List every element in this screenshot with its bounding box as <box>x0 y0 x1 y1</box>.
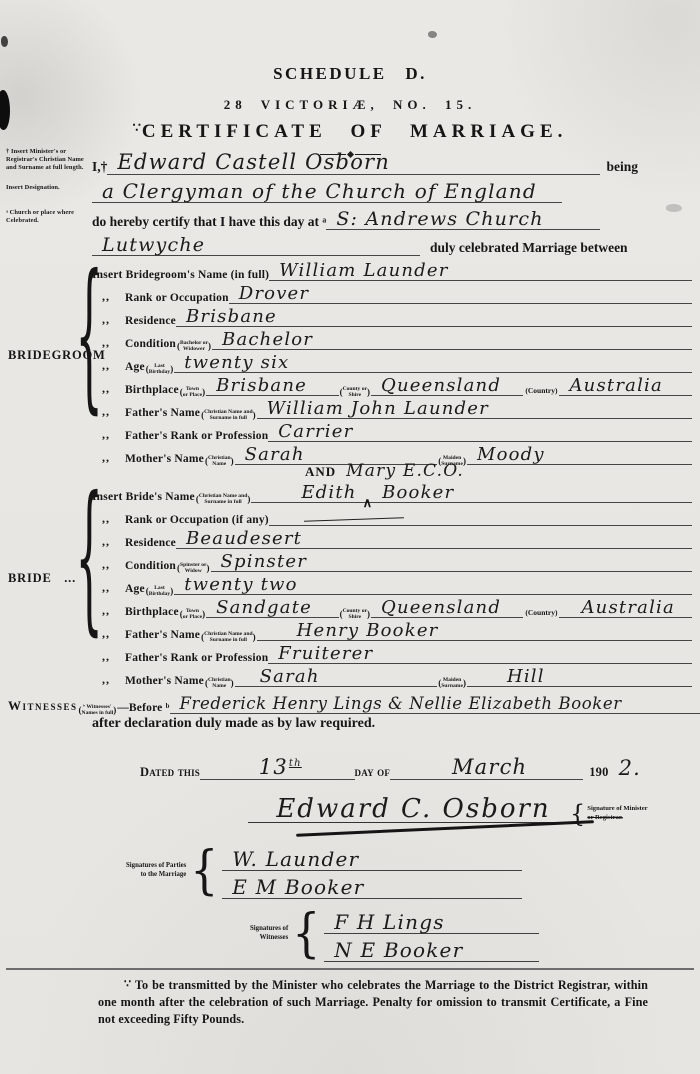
field-underline: Australia <box>559 600 692 618</box>
paren-bottom: Surname in full <box>204 637 252 643</box>
bridegroom-birthplace-row: ,, Birthplace Townor Place Brisbane Coun… <box>92 373 692 396</box>
paren-bottom: Widower <box>180 346 208 352</box>
bride-name-parenthetical: Christian Name andSurname in full <box>196 493 250 505</box>
condition-parenthetical: Bachelor orWidower <box>177 340 211 352</box>
field-label: Residence <box>125 537 176 549</box>
groom-signature-handwritten: W. Launder <box>222 851 363 870</box>
bridegroom-country-value: Australia <box>559 378 666 395</box>
field-label: Residence <box>125 315 176 327</box>
bridegroom-residence-row: ,, Residence Brisbane <box>92 304 692 327</box>
bride-inserted-name: Mary E.C.O. <box>336 464 468 480</box>
witnesses-line: Witnesses ᵇ Witnesses'Names in full —Bef… <box>8 688 700 714</box>
minister-name-underline: Edward Castell Osborn <box>107 154 600 175</box>
bridegroom-occupation-row: ,, Rank or Occupation Drover <box>92 281 692 304</box>
bridegroom-age-row: ,, Age LastBirthday twenty six <box>92 350 692 373</box>
i-label: I,† <box>92 159 107 175</box>
field-label: Mother's Name <box>125 453 204 465</box>
paren-bottom: Birthday <box>149 591 170 597</box>
day-handwritten: 13th <box>249 759 306 779</box>
bride-signature-line: E M Booker <box>222 871 522 899</box>
ditto-mark: ,, <box>92 534 125 549</box>
schedule-heading: SCHEDULE D. <box>0 64 700 84</box>
field-underline: Bachelor <box>212 332 692 350</box>
field-label: Mother's Name <box>125 675 204 687</box>
ditto-mark: ,, <box>92 649 125 664</box>
bridegroom-father-row: ,, Father's Name Christian Name andSurna… <box>92 396 692 419</box>
bride-name-first-value: Edith <box>251 485 360 502</box>
party-signatures-label: Signatures of Parties to the Marriage <box>126 862 186 880</box>
field-underline: Queensland <box>371 600 523 618</box>
bridegroom-maiden-value: Moody <box>467 447 549 464</box>
dated-line: Dated this 13th day of March 190 2. <box>140 750 645 780</box>
field-underline: Hill <box>467 669 692 687</box>
label-line-1: Signatures of <box>250 925 288 934</box>
celebrated-label: duly celebrated Marriage between <box>430 240 628 256</box>
bride-name-row: Insert Bride's Name Christian Name andSu… <box>92 480 692 503</box>
field-underline: Queensland <box>371 378 523 396</box>
scan-artifact <box>666 204 682 212</box>
ditto-mark: ,, <box>92 603 125 618</box>
field-underline: Spinster <box>211 554 693 572</box>
bride-section-label: BRIDE ... <box>8 571 76 586</box>
place-handwritten: Lutwyche <box>92 237 209 255</box>
witness1-signature-handwritten: F H Lings <box>324 914 448 933</box>
field-underline: Fruiterer <box>268 646 692 664</box>
field-underline: Henry Booker <box>257 623 692 641</box>
paren-bottom: Birthday <box>149 369 170 375</box>
caption-line-2-struck: or Registrar. <box>587 814 647 823</box>
witness2-signature-handwritten: N E Booker <box>324 942 467 961</box>
bridegroom-fields: Insert Bridegroom's Name (in full) Willi… <box>92 258 692 465</box>
month-underline: March <box>390 759 583 780</box>
mother-parenthetical: ChristianName <box>205 455 234 467</box>
minister-signature-underline: Edward C. Osborn <box>248 784 573 823</box>
paren-bottom: or Place <box>183 614 202 620</box>
witness1-signature-line: F H Lings <box>324 906 539 934</box>
place-line: Lutwyche duly celebrated Marriage betwee… <box>92 229 695 256</box>
condition-parenthetical: Spinster orWidow <box>177 562 209 574</box>
bride-residence-value: Beaudesert <box>176 531 306 548</box>
bridegroom-occupation-value: Drover <box>229 286 314 303</box>
field-label: Age <box>125 361 145 373</box>
father-parenthetical: Christian Name andSurname in full <box>201 409 255 421</box>
bridegroom-residence-value: Brisbane <box>176 309 281 326</box>
witness-signatures-brace: { <box>292 908 320 961</box>
field-label: Insert Bride's Name <box>92 491 195 503</box>
place-underline: Lutwyche <box>92 237 420 256</box>
field-underline <box>269 519 692 526</box>
bridegroom-father-rank-value: Carrier <box>268 424 357 441</box>
field-underline: twenty six <box>174 355 692 373</box>
footer-rule <box>6 968 694 970</box>
ditto-mark: ,, <box>92 312 125 327</box>
bride-father-rank-value: Fruiterer <box>268 646 377 663</box>
shire-parenthetical: County orShire <box>340 608 370 620</box>
bride-condition-value: Spinster <box>211 554 312 571</box>
paren-bottom: Surname in full <box>199 499 247 505</box>
bride-age-value: twenty two <box>174 577 302 594</box>
margin-note-designation: Insert Designation. <box>6 184 91 192</box>
bride-mother-row: ,, Mother's Name ChristianName Sarah Mai… <box>92 664 692 687</box>
groom-signature-line: W. Launder <box>222 843 522 871</box>
declaration-text: after declaration duly made as by law re… <box>92 716 375 732</box>
ditto-mark: ,, <box>92 335 125 350</box>
ditto-mark: ,, <box>92 580 125 595</box>
minister-signature-handwritten: Edward C. Osborn <box>266 798 554 822</box>
bride-birthplace-value: Sandgate <box>206 600 316 617</box>
field-label: Father's Rank or Profession <box>125 652 268 664</box>
paren-bottom: or Place <box>183 392 202 398</box>
scan-artifact <box>428 31 437 38</box>
ditto-mark: ,, <box>92 672 125 687</box>
witness2-signature-line: N E Booker <box>324 934 539 962</box>
minister-name-handwritten: Edward Castell Osborn <box>107 154 394 174</box>
month-handwritten: March <box>442 759 531 779</box>
bride-maiden-value: Hill <box>467 669 549 686</box>
field-label: Rank or Occupation (if any) <box>125 514 269 526</box>
paren-bottom: Shire <box>343 392 367 398</box>
year-printed: 190 <box>589 765 608 780</box>
certify-label: do hereby certify that I have this day a… <box>92 214 326 230</box>
ditto-mark: ,, <box>92 404 125 419</box>
birthplace-parenthetical: Townor Place <box>180 608 205 620</box>
before-label: —Before ᵇ <box>117 702 169 714</box>
country-label: (Country) <box>525 386 557 395</box>
bride-label-dots: ... <box>64 571 76 586</box>
bridegroom-condition-value: Bachelor <box>212 332 317 349</box>
witness-names-underline: Frederick Henry Lings & Nellie Elizabeth… <box>170 697 700 714</box>
bride-name-last-value: Booker <box>372 485 458 502</box>
bride-father-row: ,, Father's Name Christian Name andSurna… <box>92 618 692 641</box>
witness-signatures-block: Signatures of Witnesses { F H Lings N E … <box>250 906 539 962</box>
field-underline: Brisbane <box>176 309 692 327</box>
bridegroom-father-value: William John Launder <box>257 401 493 418</box>
paren-bottom: Widow <box>180 568 206 574</box>
day-underline: 13th <box>200 759 355 780</box>
footer-note-text: To be transmitted by the Minister who ce… <box>98 978 648 1026</box>
ditto-mark: ,, <box>92 557 125 572</box>
asterism-mark: ∵ <box>133 120 141 135</box>
ditto-mark: ,, <box>92 511 125 526</box>
bridegroom-condition-row: ,, Condition Bachelor orWidower Bachelor <box>92 327 692 350</box>
caption-line-1: Signature of Minister <box>587 805 647 814</box>
bride-country-value: Australia <box>559 600 678 617</box>
father-parenthetical: Christian Name andSurname in full <box>201 631 255 643</box>
margin-note-place: ᵃ Church or place where Celebrated. <box>6 209 91 225</box>
blank-entry-stroke <box>304 517 404 521</box>
bridegroom-father-rank-row: ,, Father's Rank or Profession Carrier <box>92 419 692 442</box>
field-underline: William Launder <box>269 263 692 281</box>
year-handwritten: 2. <box>609 760 645 780</box>
ditto-mark: ,, <box>92 289 125 304</box>
church-underline: S: Andrews Church <box>326 211 600 230</box>
margin-note-minister: † Insert Minister's or Registrar's Chris… <box>6 148 91 172</box>
party-signatures-brace: { <box>190 845 218 898</box>
insertion-caret-mark: ∧ <box>363 496 373 509</box>
label-line-2: Witnesses <box>260 934 289 943</box>
bride-father-rank-row: ,, Father's Rank or Profession Fruiterer <box>92 641 692 664</box>
field-label: Birthplace <box>125 384 179 396</box>
bridegroom-name-row: Insert Bridegroom's Name (in full) Willi… <box>92 258 692 281</box>
paren-bottom: Shire <box>343 614 367 620</box>
day-suffix: th <box>289 758 302 769</box>
ditto-mark: ,, <box>92 427 125 442</box>
and-label: AND <box>305 464 336 480</box>
label-line-2: to the Marriage <box>141 871 187 880</box>
party-signatures-block: Signatures of Parties to the Marriage { … <box>126 843 522 899</box>
certificate-title-text: CERTIFICATE OF MARRIAGE. <box>142 121 568 142</box>
field-underline: Sandgate <box>206 600 339 618</box>
field-underline: Drover <box>229 286 692 304</box>
statute-heading: 28 VICTORIÆ, NO. 15. <box>0 97 700 113</box>
witnesses-parenthetical: ᵇ Witnesses'Names in full <box>79 704 117 716</box>
designation-underline: a Clergyman of the Church of England <box>92 183 562 203</box>
birthplace-parenthetical: Townor Place <box>180 386 205 398</box>
bride-signature-handwritten: E M Booker <box>222 879 368 898</box>
certificate-title: ∵CERTIFICATE OF MARRIAGE. <box>0 120 700 143</box>
age-parenthetical: LastBirthday <box>146 363 173 375</box>
paren-bottom: Name <box>208 461 231 467</box>
bride-father-value: Henry Booker <box>257 623 443 640</box>
field-underline: Edith ∧ Booker <box>251 485 692 503</box>
field-label: Father's Name <box>125 629 200 641</box>
minister-signature-caption: { Signature of Minister or Registrar. <box>570 800 648 828</box>
ditto-mark: ,, <box>92 358 125 373</box>
caption-brace: { <box>570 800 585 828</box>
bridegroom-birthplace-value: Brisbane <box>206 378 311 395</box>
field-label: Insert Bridegroom's Name (in full) <box>92 269 269 281</box>
bride-fields: Insert Bride's Name Christian Name andSu… <box>92 480 692 687</box>
scan-artifact <box>1 36 8 47</box>
certify-line: do hereby certify that I have this day a… <box>92 203 600 230</box>
bridegroom-name-value: William Launder <box>269 263 452 280</box>
field-underline: Carrier <box>268 424 692 442</box>
day-number: 13 <box>259 755 288 779</box>
witnesses-label: Witnesses <box>8 698 78 714</box>
field-label: Condition <box>125 338 176 350</box>
bride-residence-row: ,, Residence Beaudesert <box>92 526 692 549</box>
field-underline: Australia <box>559 378 692 396</box>
field-underline: twenty two <box>174 577 692 595</box>
field-label: Father's Rank or Profession <box>125 430 268 442</box>
ditto-mark: ,, <box>92 626 125 641</box>
designation-handwritten: a Clergyman of the Church of England <box>92 183 541 202</box>
bridegroom-age-value: twenty six <box>174 355 293 372</box>
bride-condition-row: ,, Condition Spinster orWidow Spinster <box>92 549 692 572</box>
dated-label: Dated this <box>140 765 200 780</box>
field-label: Condition <box>125 560 176 572</box>
bride-birthplace-row: ,, Birthplace Townor Place Sandgate Coun… <box>92 595 692 618</box>
field-label: Rank or Occupation <box>125 292 229 304</box>
bride-age-row: ,, Age LastBirthday twenty two <box>92 572 692 595</box>
country-label: (Country) <box>525 608 557 617</box>
witness-names-handwritten: Frederick Henry Lings & Nellie Elizabeth… <box>170 697 626 713</box>
minister-name-line: I,† Edward Castell Osborn being <box>92 148 638 175</box>
field-underline: William John Launder <box>257 401 692 419</box>
and-insertion-line: AND Mary E.C.O. <box>305 460 468 480</box>
bride-occupation-row: ,, Rank or Occupation (if any) <box>92 503 692 526</box>
age-parenthetical: LastBirthday <box>146 585 173 597</box>
paren-bottom: Surname in full <box>204 415 252 421</box>
bride-shire-value: Queensland <box>371 600 505 617</box>
bride-mother-value: Sarah <box>235 669 324 686</box>
church-handwritten: S: Andrews Church <box>326 211 547 229</box>
shire-parenthetical: County orShire <box>340 386 370 398</box>
field-label: Age <box>125 583 145 595</box>
witness-signatures-label: Signatures of Witnesses <box>250 925 288 943</box>
label-line-1: Signatures of Parties <box>126 862 186 871</box>
bride-label-text: BRIDE <box>8 571 52 586</box>
bridegroom-shire-value: Queensland <box>371 378 505 395</box>
being-label: being <box>606 159 638 175</box>
field-underline: Moody <box>467 447 692 465</box>
field-underline: Beaudesert <box>176 531 692 549</box>
marriage-certificate-document: SCHEDULE D. 28 VICTORIÆ, NO. 15. ∵CERTIF… <box>0 0 700 1074</box>
day-of-label: day of <box>355 765 391 780</box>
footnote-mark: ∵ <box>124 978 131 990</box>
footer-note: ∵ To be transmitted by the Minister who … <box>98 977 648 1027</box>
field-underline: Sarah <box>235 669 438 687</box>
field-underline: Brisbane <box>206 378 339 396</box>
field-label: Father's Name <box>125 407 200 419</box>
designation-line: a Clergyman of the Church of England <box>92 176 562 203</box>
bridegroom-mother-value: Sarah <box>235 447 309 464</box>
ditto-mark: ,, <box>92 381 125 396</box>
field-label: Birthplace <box>125 606 179 618</box>
